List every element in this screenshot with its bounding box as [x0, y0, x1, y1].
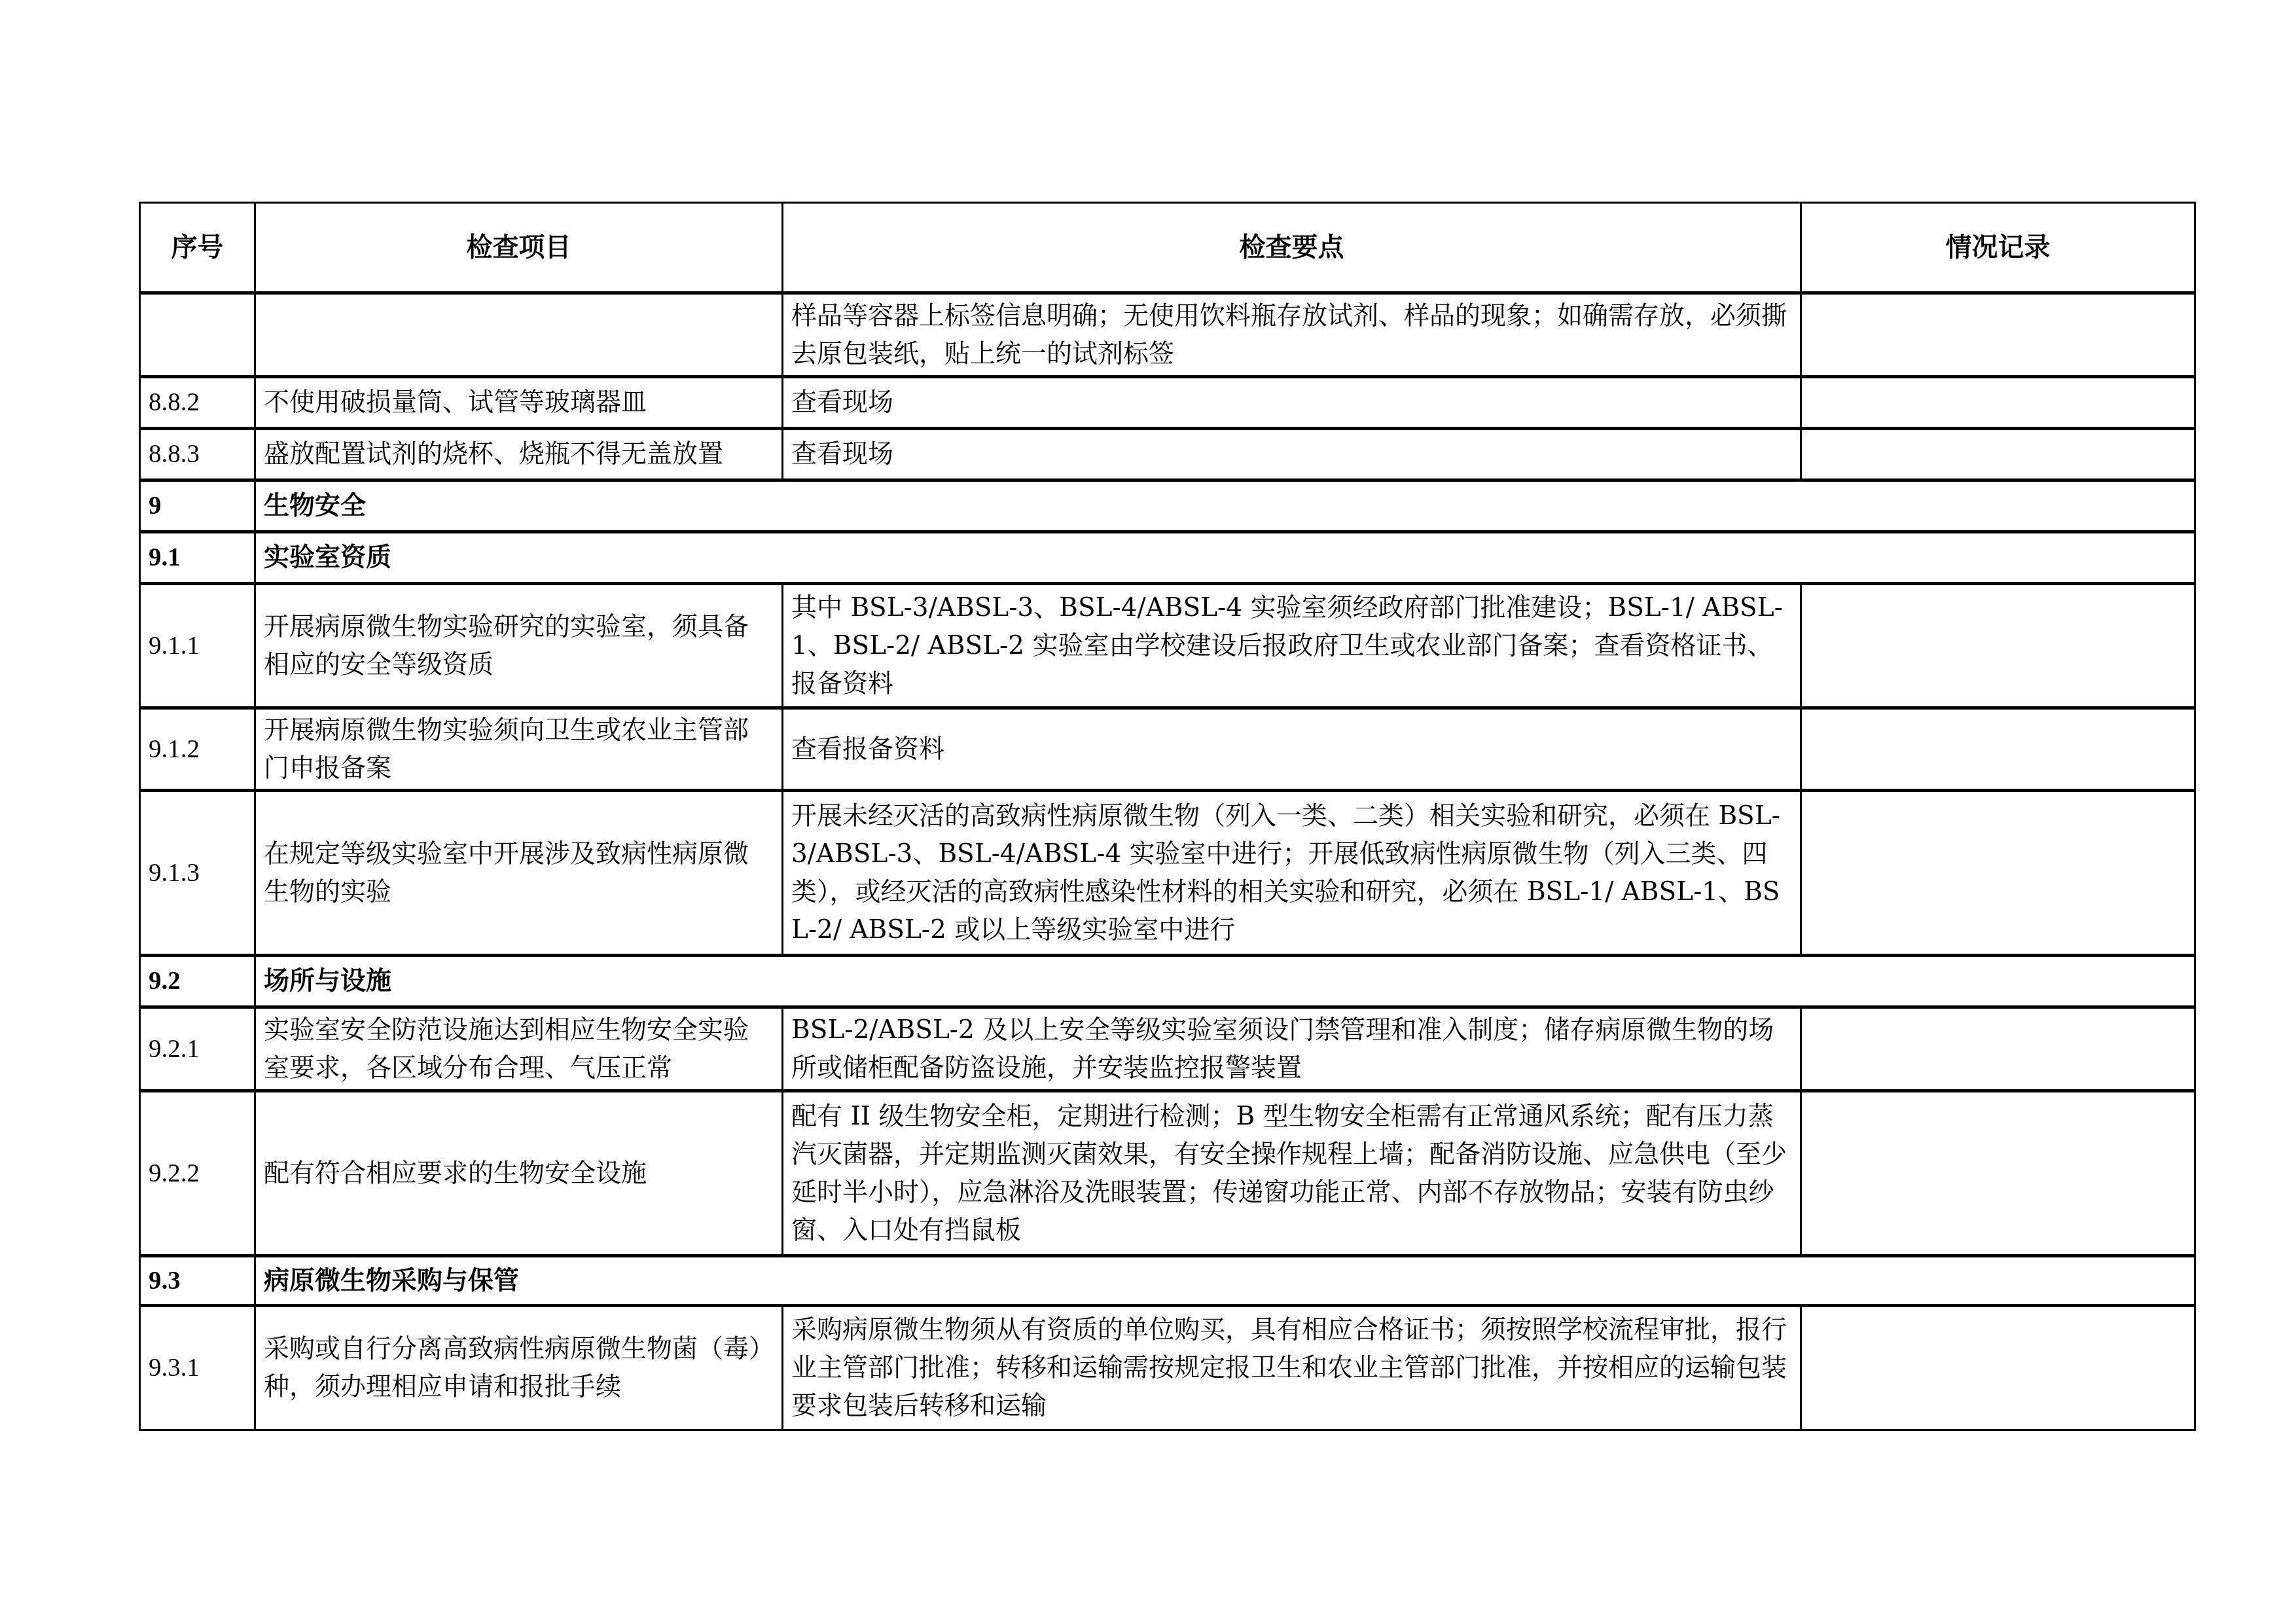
row-record[interactable]: [1801, 293, 2195, 377]
section-row: 9 生物安全: [140, 480, 2195, 532]
row-number: 9.1.1: [140, 584, 255, 708]
row-record[interactable]: [1801, 791, 2195, 956]
header-record: 情况记录: [1801, 203, 2195, 293]
section-title: 生物安全: [255, 480, 2195, 532]
table-row: 9.1.2 开展病原微生物实验须向卫生或农业主管部门申报备案 查看报备资料: [140, 708, 2195, 791]
row-point: BSL-2/ABSL-2 及以上安全等级实验室须设门禁管理和准入制度；储存病原微…: [783, 1007, 1801, 1091]
table-row: 8.8.2 不使用破损量筒、试管等玻璃器皿 查看现场: [140, 377, 2195, 429]
row-record[interactable]: [1801, 708, 2195, 791]
row-record[interactable]: [1801, 377, 2195, 429]
row-record[interactable]: [1801, 1091, 2195, 1256]
row-point: 采购病原微生物须从有资质的单位购买，具有相应合格证书；须按照学校流程审批，报行业…: [783, 1306, 1801, 1430]
inspection-checklist-table: 序号 检查项目 检查要点 情况记录 样品等容器上标签信息明确；无使用饮料瓶存放试…: [139, 202, 2196, 1431]
table-row: 9.1.1 开展病原微生物实验研究的实验室，须具备相应的安全等级资质 其中 BS…: [140, 584, 2195, 708]
row-record[interactable]: [1801, 1306, 2195, 1430]
row-number: 9.2.2: [140, 1091, 255, 1256]
row-item: 盛放配置试剂的烧杯、烧瓶不得无盖放置: [255, 429, 783, 480]
row-item: 开展病原微生物实验研究的实验室，须具备相应的安全等级资质: [255, 584, 783, 708]
section-title: 病原微生物采购与保管: [255, 1256, 2195, 1306]
table-row: 9.3.1 采购或自行分离高致病性病原微生物菌（毒）种，须办理相应申请和报批手续…: [140, 1306, 2195, 1430]
row-item: 配有符合相应要求的生物安全设施: [255, 1091, 783, 1256]
row-record[interactable]: [1801, 1007, 2195, 1091]
section-title: 场所与设施: [255, 956, 2195, 1007]
header-row: 序号 检查项目 检查要点 情况记录: [140, 203, 2195, 293]
row-point: 其中 BSL-3/ABSL-3、BSL-4/ABSL-4 实验室须经政府部门批准…: [783, 584, 1801, 708]
table-row: 9.1.3 在规定等级实验室中开展涉及致病性病原微生物的实验 开展未经灭活的高致…: [140, 791, 2195, 956]
row-number: 8.8.3: [140, 429, 255, 480]
section-number: 9: [140, 480, 255, 532]
header-item: 检查项目: [255, 203, 783, 293]
row-number: 8.8.2: [140, 377, 255, 429]
row-item: 实验室安全防范设施达到相应生物安全实验室要求，各区域分布合理、气压正常: [255, 1007, 783, 1091]
row-item: 不使用破损量筒、试管等玻璃器皿: [255, 377, 783, 429]
section-number: 9.2: [140, 956, 255, 1007]
header-point: 检查要点: [783, 203, 1801, 293]
table-row: 9.2.1 实验室安全防范设施达到相应生物安全实验室要求，各区域分布合理、气压正…: [140, 1007, 2195, 1091]
row-record[interactable]: [1801, 429, 2195, 480]
section-row: 9.1 实验室资质: [140, 532, 2195, 584]
row-number: 9.3.1: [140, 1306, 255, 1430]
row-point: 开展未经灭活的高致病性病原微生物（列入一类、二类）相关实验和研究，必须在 BSL…: [783, 791, 1801, 956]
row-number: 9.1.2: [140, 708, 255, 791]
table-row: 8.8.3 盛放配置试剂的烧杯、烧瓶不得无盖放置 查看现场: [140, 429, 2195, 480]
section-number: 9.1: [140, 532, 255, 584]
row-item: [255, 293, 783, 377]
row-number: [140, 293, 255, 377]
row-number: 9.1.3: [140, 791, 255, 956]
table-row: 9.2.2 配有符合相应要求的生物安全设施 配有 II 级生物安全柜，定期进行检…: [140, 1091, 2195, 1256]
row-item: 在规定等级实验室中开展涉及致病性病原微生物的实验: [255, 791, 783, 956]
header-number: 序号: [140, 203, 255, 293]
section-row: 9.3 病原微生物采购与保管: [140, 1256, 2195, 1306]
row-point: 查看现场: [783, 377, 1801, 429]
row-number: 9.2.1: [140, 1007, 255, 1091]
row-point: 样品等容器上标签信息明确；无使用饮料瓶存放试剂、样品的现象；如确需存放，必须撕去…: [783, 293, 1801, 377]
row-point: 配有 II 级生物安全柜，定期进行检测；B 型生物安全柜需有正常通风系统；配有压…: [783, 1091, 1801, 1256]
table-row: 样品等容器上标签信息明确；无使用饮料瓶存放试剂、样品的现象；如确需存放，必须撕去…: [140, 293, 2195, 377]
section-row: 9.2 场所与设施: [140, 956, 2195, 1007]
section-number: 9.3: [140, 1256, 255, 1306]
section-title: 实验室资质: [255, 532, 2195, 584]
row-point: 查看现场: [783, 429, 1801, 480]
row-item: 开展病原微生物实验须向卫生或农业主管部门申报备案: [255, 708, 783, 791]
row-point: 查看报备资料: [783, 708, 1801, 791]
row-item: 采购或自行分离高致病性病原微生物菌（毒）种，须办理相应申请和报批手续: [255, 1306, 783, 1430]
row-record[interactable]: [1801, 584, 2195, 708]
